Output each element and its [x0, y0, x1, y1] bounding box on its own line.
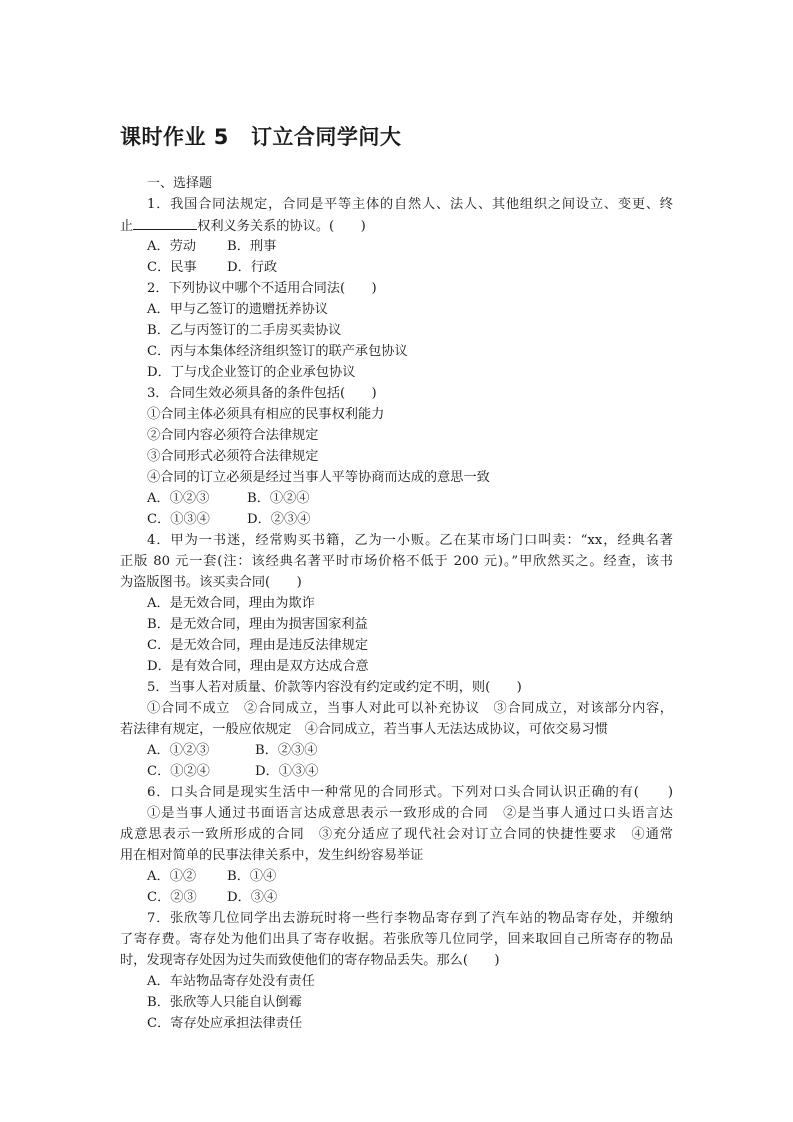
question-4-stem-line-3: 为盗版图书。该买卖合同( ) — [120, 572, 302, 593]
question-1-option-b[interactable]: B．刑事 — [227, 236, 276, 257]
question-6-stem: 6．口头合同是现实生活中一种常见的合同形式。下列对口头合同认识正确的有( ) — [147, 782, 673, 803]
question-7-option-c[interactable]: C．寄存处应承担法律责任 — [147, 1013, 302, 1034]
question-5-option-c[interactable]: C．①②④ — [147, 761, 255, 782]
question-3-statement-4: ④合同的订立必须是经过当事人平等协商而达成的意思一致 — [147, 467, 490, 488]
question-4-stem-line-2: 正版 80 元一套(注：该经典名著平时市场价格不低于 200 元)。”甲欣然买之… — [120, 551, 673, 572]
question-6-options-row-1: A．①②B．①④ — [147, 866, 276, 887]
question-5-option-a[interactable]: A．①②③ — [147, 740, 255, 761]
question-6-options-row-2: C．②③D．③④ — [147, 887, 277, 908]
question-5-option-d[interactable]: D．①③④ — [255, 761, 318, 782]
question-2-option-a[interactable]: A．甲与乙签订的遗赠抚养协议 — [147, 299, 328, 320]
question-6-option-a[interactable]: A．①② — [147, 866, 227, 887]
page-title: 课时作业 5订立合同学问大 — [120, 121, 401, 151]
question-6-statement-line-2: 成意思表示一致所形成的合同 ③充分适应了现代社会对订立合同的快捷性要求 ④通常 — [120, 824, 673, 845]
question-5-statement-line-1: ①合同不成立 ②合同成立，当事人对此可以补充协议 ③合同成立，对该部分内容， — [147, 698, 673, 719]
question-1-option-d[interactable]: D．行政 — [227, 257, 277, 278]
question-1-options-row-2: C．民事D．行政 — [147, 257, 277, 278]
question-1-stem-end: 权利义务关系的协议。( ) — [197, 219, 366, 234]
question-7-stem-line-2: 了寄存费。寄存处为他们出具了寄存收据。若张欣等几位同学，回来取回自己所寄存的物品 — [120, 929, 673, 950]
question-3-statement-3: ③合同形式必须符合法律规定 — [147, 446, 318, 467]
section-heading: 一、选择题 — [147, 173, 212, 194]
question-7-stem-line-1: 7．张欣等几位同学出去游玩时将一些行李物品寄存到了汽车站的物品寄存处，并缴纳 — [147, 908, 673, 929]
question-6-statement-line-1: ①是当事人通过书面语言达成意思表示一致形成的合同 ②是当事人通过口头语言达 — [147, 803, 673, 824]
answer-blank — [133, 215, 197, 230]
question-6-option-b[interactable]: B．①④ — [227, 866, 276, 887]
title-prefix: 课时作业 5 — [120, 125, 229, 149]
question-1-option-c[interactable]: C．民事 — [147, 257, 227, 278]
question-3-stem: 3．合同生效必须具备的条件包括( ) — [147, 383, 377, 404]
question-5-statement-line-2: 若法律有规定，一般应依规定 ④合同成立，若当事人无法达成协议，可依交易习惯 — [120, 719, 608, 740]
question-6-option-d[interactable]: D．③④ — [227, 887, 277, 908]
question-3-statement-2: ②合同内容必须符合法律规定 — [147, 425, 318, 446]
question-3-options-row-1: A．①②③B．①②④ — [147, 488, 309, 509]
question-2-stem: 2．下列协议中哪个不适用合同法( ) — [147, 278, 377, 299]
question-1-stem-line-2: 止权利义务关系的协议。( ) — [120, 215, 366, 237]
title-main: 订立合同学问大 — [251, 125, 402, 149]
question-3-option-a[interactable]: A．①②③ — [147, 488, 247, 509]
question-2-option-c[interactable]: C．丙与本集体经济组织签订的联产承包协议 — [147, 341, 408, 362]
question-3-options-row-2: C．①③④D．②③④ — [147, 509, 310, 530]
question-4-option-a[interactable]: A．是无效合同，理由为欺诈 — [147, 593, 315, 614]
question-2-option-d[interactable]: D．丁与戊企业签订的企业承包协议 — [147, 362, 355, 383]
question-7-option-b[interactable]: B．张欣等人只能自认倒霉 — [147, 992, 302, 1013]
question-3-option-c[interactable]: C．①③④ — [147, 509, 247, 530]
question-4-stem-line-1: 4．甲为一书迷，经常购买书籍，乙为一小贩。乙在某市场门口叫卖：“xx，经典名著 — [147, 530, 673, 551]
question-6-option-c[interactable]: C．②③ — [147, 887, 227, 908]
question-4-option-d[interactable]: D．是有效合同，理由是双方达成合意 — [147, 656, 369, 677]
document-page: 课时作业 5订立合同学问大 一、选择题 1．我国合同法规定，合同是平等主体的自然… — [0, 0, 793, 1122]
question-7-stem-line-3: 时，发现寄存处因为过失而致使他们的寄存物品丢失。那么( ) — [120, 950, 500, 971]
question-2-option-b[interactable]: B．乙与丙签订的二手房买卖协议 — [147, 320, 341, 341]
question-3-statement-1: ①合同主体必须具有相应的民事权利能力 — [147, 404, 384, 425]
question-3-option-d[interactable]: D．②③④ — [247, 509, 310, 530]
question-1-options-row-1: A．劳动B．刑事 — [147, 236, 276, 257]
question-1-option-a[interactable]: A．劳动 — [147, 236, 227, 257]
question-7-option-a[interactable]: A．车站物品寄存处没有责任 — [147, 971, 315, 992]
question-1-stem-line-1: 1．我国合同法规定，合同是平等主体的自然人、法人、其他组织之间设立、变更、终 — [147, 194, 673, 215]
question-6-statement-line-3: 用在相对简单的民事法律关系中，发生纠纷容易举证 — [120, 845, 423, 866]
question-5-stem: 5．当事人若对质量、价款等内容没有约定或约定不明，则( ) — [147, 677, 522, 698]
question-5-option-b[interactable]: B．②③④ — [255, 740, 317, 761]
question-5-options-row-2: C．①②④D．①③④ — [147, 761, 318, 782]
question-5-options-row-1: A．①②③B．②③④ — [147, 740, 317, 761]
question-4-option-b[interactable]: B．是无效合同，理由为损害国家利益 — [147, 614, 368, 635]
question-1-stem-start: 止 — [120, 219, 133, 234]
question-4-option-c[interactable]: C．是无效合同，理由是违反法律规定 — [147, 635, 368, 656]
question-3-option-b[interactable]: B．①②④ — [247, 488, 309, 509]
